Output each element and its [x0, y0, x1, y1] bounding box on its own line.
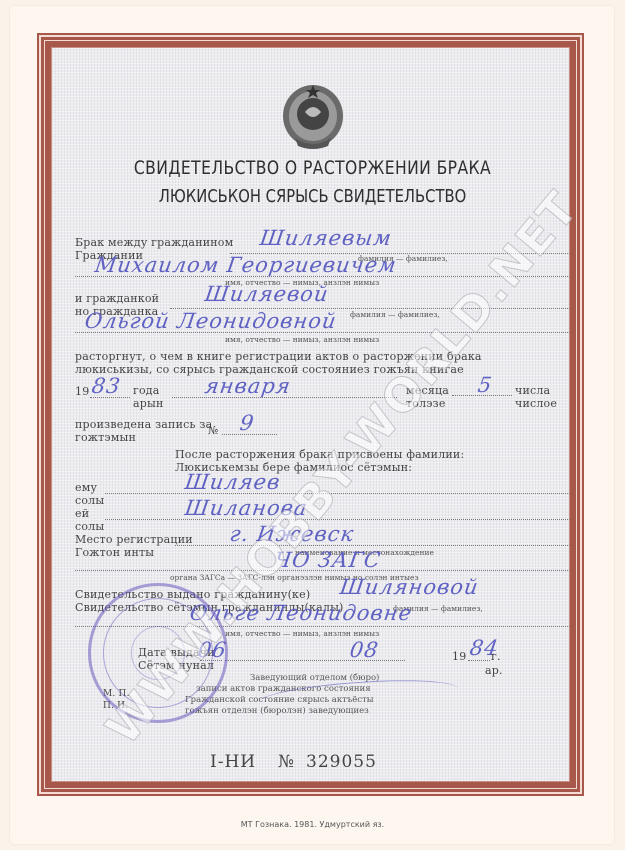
her-label-ru: ей	[75, 507, 89, 520]
year-label-udm: арын	[133, 397, 164, 410]
day-label-udm: числое	[515, 397, 557, 410]
wife-surname-hint: фамилия — фамилиез,	[350, 310, 440, 319]
husband-label-ru: Брак между гражданином	[75, 236, 233, 249]
printer-imprint: МТ Гознака. 1981. Удмуртский яз.	[0, 820, 625, 829]
record-no-sign: №	[208, 424, 219, 437]
record-label-ru: произведена запись за	[75, 418, 212, 431]
title-russian: СВИДЕТЕЛЬСТВО О РАСТОРЖЕНИИ БРАКА	[56, 157, 569, 179]
him-label-ru: ему	[75, 481, 97, 494]
issue-year-suffix-ru: г.	[491, 650, 501, 663]
husband-surname: Шиляевым	[258, 226, 393, 250]
day-label-ru: числа	[515, 384, 550, 397]
issue-year-prefix: 19	[452, 650, 466, 663]
registration-month: января	[203, 374, 292, 398]
issue-month: 08	[348, 638, 380, 662]
year-label-ru: года	[133, 384, 160, 397]
wife-name: Ольгой Леонидовной	[83, 309, 338, 333]
registration-year: 83	[90, 374, 122, 398]
her-label-udm: солы	[75, 520, 104, 533]
him-label-udm: солы	[75, 494, 104, 507]
husband-name: Михаилом Георгиевичем	[93, 253, 398, 277]
wife-name-hint: имя, отчество — нимыз, анзлэн нимыз	[225, 335, 379, 344]
record-label-udm: гожтэмын	[75, 431, 136, 444]
wife-label-ru: и гражданкой	[75, 292, 159, 305]
serial-number-sign: №	[278, 752, 295, 772]
wife-surname: Шиляевой	[203, 282, 330, 306]
serial-number: 329055	[306, 752, 377, 772]
serial-series: I-НИ	[210, 752, 256, 772]
year-prefix: 19	[75, 385, 89, 398]
him-new-surname: Шиляев	[183, 470, 282, 494]
issued-surname: Шиляновой	[338, 575, 480, 599]
title-udmurt: ЛЮКИСЬКОН СЯРЫСЬ СВИДЕТЕЛЬСТВО	[56, 186, 569, 207]
place-label-udm: Гожтон инты	[75, 546, 154, 559]
issue-year-suffix-udm: ар.	[485, 664, 503, 677]
ussr-emblem-icon	[279, 82, 347, 154]
issued-name-hint: имя, отчество — нимыз, анзлэн нимыз	[225, 629, 379, 638]
